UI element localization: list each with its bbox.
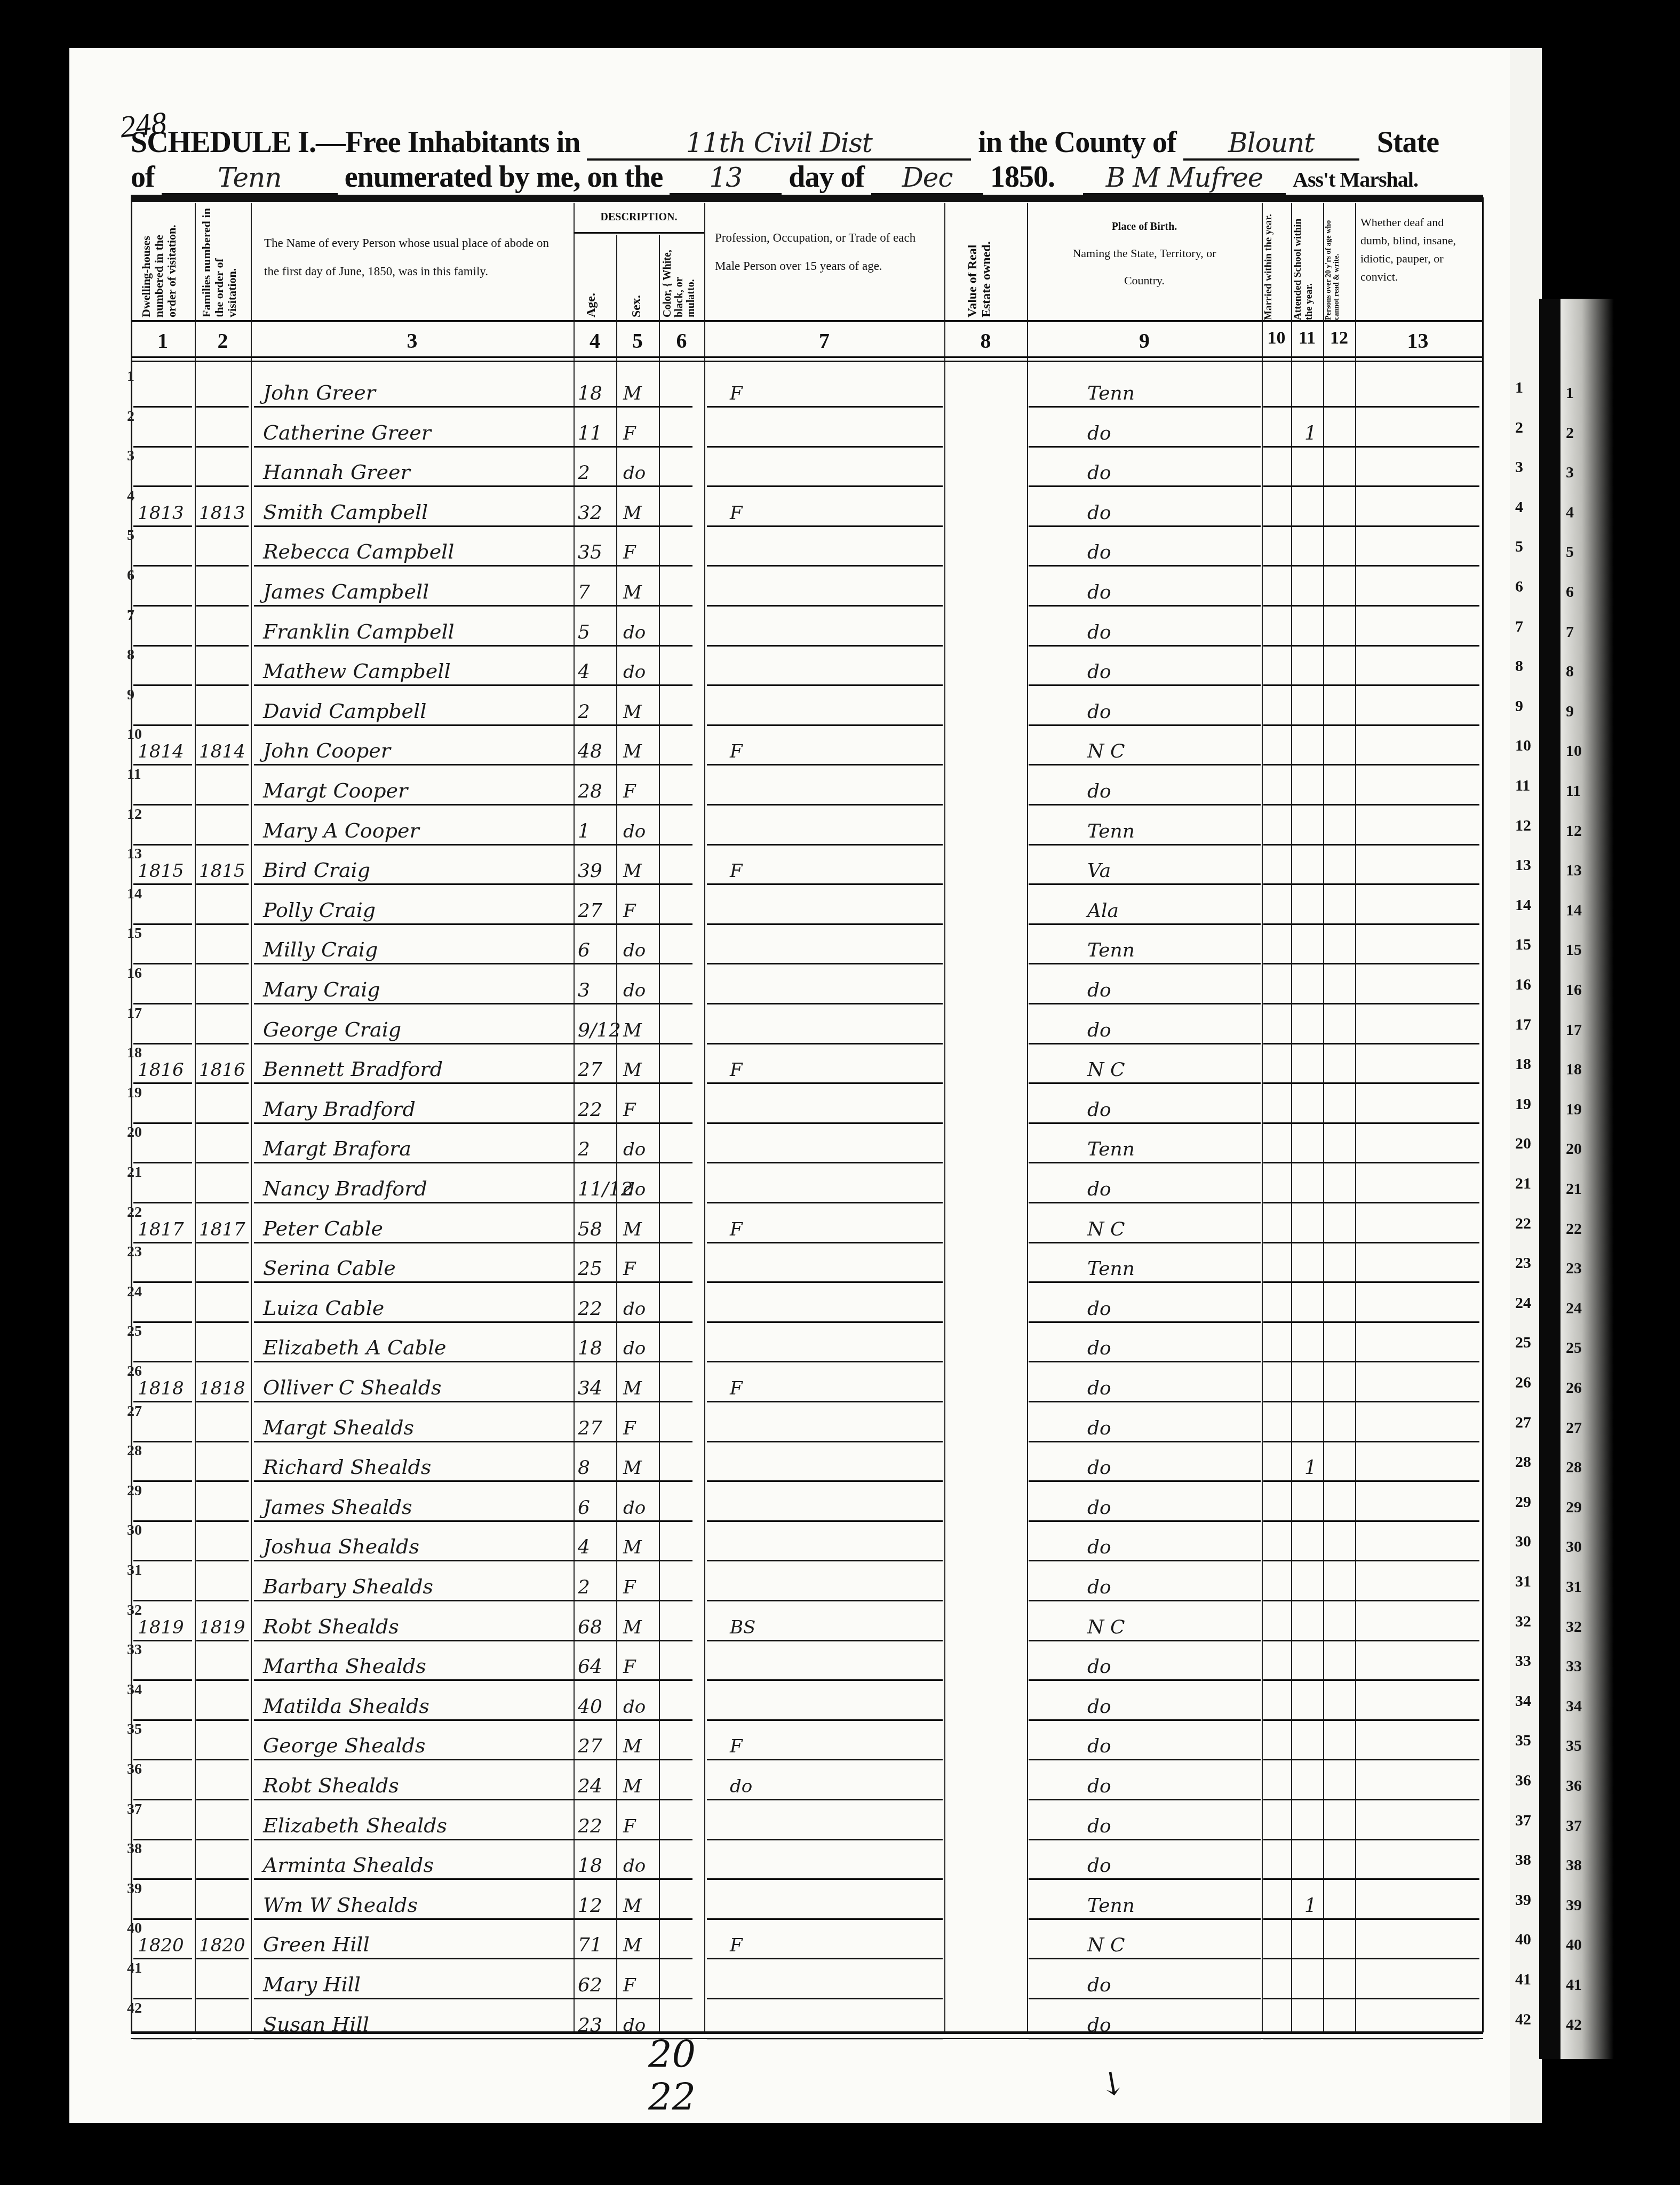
- row-underline: [254, 1958, 692, 1959]
- right-line-number: 30: [1515, 1533, 1531, 1551]
- row-underline: [1029, 1321, 1261, 1323]
- occupation-value: F: [730, 1059, 743, 1081]
- row-underline: [133, 1401, 192, 1402]
- row-underline: [1029, 1560, 1261, 1561]
- right-line-number: 20: [1515, 1135, 1531, 1153]
- row-underline: [707, 844, 943, 846]
- table-row: 34 Matilda Shealds 40 do do: [132, 1681, 1481, 1721]
- row-underline: [196, 1600, 249, 1601]
- right-line-number: 32: [1515, 1613, 1531, 1631]
- attended-school-mark: 1: [1304, 1895, 1317, 1917]
- row-underline: [1029, 485, 1261, 487]
- dwelling-number: 1813: [138, 503, 184, 524]
- row-underline: [254, 1878, 692, 1880]
- person-name: Elizabeth A Cable: [263, 1336, 447, 1359]
- right-line-number: 6: [1515, 578, 1523, 596]
- col13-header: Whether deaf and dumb, blind, insane, id…: [1360, 213, 1475, 286]
- right-line-number: 18: [1515, 1055, 1531, 1073]
- row-underline: [196, 446, 249, 448]
- adjacent-page-line-number: 28: [1566, 1458, 1582, 1477]
- row-underline: [1263, 1719, 1479, 1721]
- family-number: 1818: [199, 1378, 245, 1399]
- occupation-value: F: [730, 1935, 743, 1956]
- sex-value: do: [623, 622, 646, 643]
- age-value: 64: [578, 1656, 602, 1678]
- row-underline: [1029, 1640, 1261, 1641]
- sex-value: do: [623, 1179, 646, 1200]
- sex-value: M: [623, 1219, 642, 1240]
- right-line-number: 3: [1515, 458, 1523, 476]
- family-number: 1820: [199, 1935, 245, 1956]
- birthplace-value: do: [1087, 1815, 1111, 1837]
- row-underline: [1263, 1242, 1479, 1243]
- row-underline: [254, 1202, 692, 1203]
- sex-value: M: [623, 860, 642, 882]
- row-underline: [133, 1600, 192, 1601]
- birthplace-value: Tenn: [1087, 1258, 1135, 1280]
- county-field: Blount: [1183, 127, 1359, 161]
- row-underline: [133, 844, 192, 846]
- adjacent-page-line-number: 40: [1566, 1936, 1582, 1954]
- left-line-number: 42: [127, 2000, 142, 2017]
- adjacent-page-line-number: 32: [1566, 1618, 1582, 1636]
- table-row: 37 Elizabeth Shealds 22 F do: [132, 1801, 1481, 1840]
- age-value: 68: [578, 1616, 602, 1638]
- row-underline: [1263, 1162, 1479, 1163]
- table-row: 15 Milly Craig 6 do Tenn: [132, 925, 1481, 964]
- row-underline: [1263, 1560, 1479, 1561]
- row-underline: [1263, 605, 1479, 607]
- table-row: 9 David Campbell 2 M do: [132, 687, 1481, 726]
- row-underline: [196, 1480, 249, 1482]
- row-underline: [254, 1122, 692, 1124]
- adjacent-page-line-number: 18: [1566, 1060, 1582, 1079]
- row-underline: [1263, 1640, 1479, 1641]
- row-underline: [133, 1640, 192, 1641]
- person-name: Robt Shealds: [263, 1615, 399, 1638]
- row-underline: [196, 1998, 249, 1999]
- birthplace-value: do: [1087, 1377, 1111, 1399]
- table-row: 33 Martha Shealds 64 F do: [132, 1641, 1481, 1681]
- birthplace-value: N C: [1087, 740, 1125, 762]
- age-value: 27: [578, 900, 602, 922]
- occupation-value: F: [730, 383, 743, 404]
- row-underline: [707, 1242, 943, 1243]
- adjacent-page-line-number: 10: [1566, 742, 1582, 760]
- table-row: 26 1818 1818 Olliver C Shealds 34 M F do: [132, 1363, 1481, 1402]
- row-underline: [133, 406, 192, 408]
- row-underline: [254, 1839, 692, 1840]
- table-row: 27 Margt Shealds 27 F do: [132, 1403, 1481, 1442]
- person-name: Milly Craig: [263, 938, 378, 961]
- adjacent-page-line-number: 34: [1566, 1697, 1582, 1716]
- person-name: Margt Cooper: [263, 779, 408, 802]
- row-underline: [254, 1679, 692, 1681]
- row-underline: [1029, 724, 1261, 726]
- county-label: in the County of: [978, 126, 1176, 159]
- row-underline: [707, 1640, 943, 1641]
- person-name: Mathew Campbell: [263, 659, 451, 683]
- adjacent-page-line-number: 26: [1566, 1379, 1582, 1397]
- table-row: 21 Nancy Bradford 11/12 do do: [132, 1164, 1481, 1203]
- birthplace-value: Ala: [1087, 900, 1119, 922]
- birthplace-value: do: [1087, 1855, 1111, 1877]
- sex-value: F: [623, 1577, 636, 1598]
- row-underline: [1263, 485, 1479, 487]
- left-line-number: 30: [127, 1522, 142, 1539]
- row-underline: [196, 1958, 249, 1959]
- row-underline: [707, 1082, 943, 1084]
- row-underline: [254, 764, 692, 765]
- table-row: 32 1819 1819 Robt Shealds 68 M BS N C: [132, 1602, 1481, 1641]
- age-value: 4: [578, 661, 590, 683]
- left-line-number: 36: [127, 1761, 142, 1778]
- row-underline: [1029, 1122, 1261, 1124]
- adjacent-page-line-number: 30: [1566, 1538, 1582, 1556]
- age-value: 25: [578, 1258, 602, 1280]
- adjacent-page-line-number: 20: [1566, 1140, 1582, 1158]
- row-underline: [1029, 963, 1261, 964]
- person-name: Wm W Shealds: [263, 1893, 418, 1917]
- row-underline: [133, 1719, 192, 1721]
- adjacent-page-line-number: 27: [1566, 1419, 1582, 1437]
- of-label: of: [131, 161, 155, 194]
- row-underline: [1029, 1759, 1261, 1760]
- row-underline: [133, 1918, 192, 1920]
- right-line-number: 34: [1515, 1692, 1531, 1710]
- sex-value: M: [623, 1935, 642, 1956]
- age-value: 48: [578, 740, 602, 762]
- row-underline: [707, 1003, 943, 1004]
- row-underline: [196, 1441, 249, 1442]
- person-name: Serina Cable: [263, 1256, 396, 1280]
- row-underline: [1029, 1281, 1261, 1283]
- right-line-number: 4: [1515, 498, 1523, 516]
- person-name: Hannah Greer: [263, 460, 410, 484]
- left-line-number: 20: [127, 1124, 142, 1141]
- left-line-number: 16: [127, 965, 142, 982]
- row-underline: [707, 1122, 943, 1124]
- sex-value: M: [623, 1457, 642, 1479]
- right-line-number: 31: [1515, 1573, 1531, 1591]
- description-group-label: DESCRIPTION.: [574, 209, 704, 225]
- sex-value: do: [623, 661, 646, 683]
- row-underline: [196, 1162, 249, 1163]
- person-name: Margt Shealds: [263, 1416, 414, 1439]
- adjacent-page-line-number: 9: [1566, 703, 1574, 721]
- age-value: 18: [578, 1855, 602, 1877]
- row-underline: [1263, 406, 1479, 408]
- birthplace-value: do: [1087, 1735, 1111, 1757]
- right-line-number: 24: [1515, 1294, 1531, 1312]
- table-row: 22 1817 1817 Peter Cable 58 M F N C: [132, 1204, 1481, 1243]
- row-underline: [707, 1043, 943, 1044]
- left-line-number: 2: [127, 408, 134, 425]
- schedule-label: SCHEDULE I.—Free Inhabitants in: [131, 126, 580, 159]
- col9-header-sub: Naming the State, Territory, or Country.: [1054, 240, 1235, 294]
- table-row: 17 George Craig 9/12 M do: [132, 1005, 1481, 1044]
- table-row: 35 George Shealds 27 M F do: [132, 1721, 1481, 1760]
- family-number: 1814: [199, 741, 245, 762]
- person-name: Joshua Shealds: [263, 1535, 419, 1558]
- age-value: 8: [578, 1457, 590, 1479]
- row-underline: [1263, 1878, 1479, 1880]
- age-value: 27: [578, 1417, 602, 1439]
- left-line-number: 15: [127, 925, 142, 942]
- occupation-value: BS: [730, 1617, 755, 1638]
- sex-value: M: [623, 1776, 642, 1797]
- person-name: Margt Brafora: [263, 1137, 411, 1160]
- col-num: 3: [251, 328, 574, 353]
- sex-value: do: [623, 1855, 646, 1877]
- row-underline: [1263, 565, 1479, 567]
- person-name: David Campbell: [263, 699, 426, 723]
- birthplace-value: do: [1087, 1974, 1111, 1996]
- right-line-number: 1: [1515, 379, 1523, 397]
- birthplace-value: do: [1087, 1576, 1111, 1598]
- row-underline: [254, 883, 692, 885]
- row-underline: [707, 1600, 943, 1601]
- adjacent-page-line-number: 24: [1566, 1299, 1582, 1318]
- right-line-number: 14: [1515, 896, 1531, 914]
- left-line-number: 27: [127, 1403, 142, 1420]
- age-value: 24: [578, 1775, 602, 1797]
- row-underline: [1029, 565, 1261, 567]
- sex-value: M: [623, 503, 642, 524]
- birthplace-value: do: [1087, 1536, 1111, 1558]
- sex-value: M: [623, 1020, 642, 1041]
- adjacent-page-line-number: 6: [1566, 583, 1574, 601]
- adjacent-page-line-number: 13: [1566, 862, 1582, 880]
- left-line-number: 35: [127, 1721, 142, 1738]
- marshal-label: Ass't Marshal.: [1293, 168, 1418, 192]
- row-underline: [1029, 1799, 1261, 1800]
- row-underline: [1029, 1082, 1261, 1084]
- row-underline: [254, 963, 692, 964]
- header-line-2: of Tenn enumerated by me, on the 13 day …: [131, 160, 1418, 195]
- enumerated-label: enumerated by me, on the: [345, 161, 663, 194]
- family-number: 1819: [199, 1617, 245, 1638]
- sex-value: do: [623, 1696, 646, 1718]
- right-line-number: 9: [1515, 697, 1523, 715]
- adjacent-page-line-number: 4: [1566, 504, 1574, 522]
- left-line-number: 5: [127, 527, 134, 544]
- row-underline: [707, 684, 943, 686]
- adjacent-page-line-number: 11: [1566, 782, 1581, 800]
- age-value: 11: [578, 422, 602, 444]
- person-name: Richard Shealds: [263, 1455, 431, 1479]
- adjacent-page-line-number: 31: [1566, 1578, 1582, 1596]
- sex-value: M: [623, 582, 642, 603]
- adjacent-page-line-number: 41: [1566, 1976, 1582, 1994]
- table-row: 5 Rebecca Campbell 35 F do: [132, 527, 1481, 567]
- left-line-number: 25: [127, 1323, 142, 1340]
- table-row: 28 Richard Shealds 8 M do 1: [132, 1442, 1481, 1482]
- header-line-1: SCHEDULE I.—Free Inhabitants in 11th Civ…: [131, 125, 1439, 161]
- sex-value: do: [623, 980, 646, 1001]
- right-line-number: 41: [1515, 1971, 1531, 1989]
- table-row: 11 Margt Cooper 28 F do: [132, 766, 1481, 806]
- row-underline: [707, 1281, 943, 1283]
- birthplace-value: Va: [1087, 860, 1111, 882]
- row-underline: [1263, 1958, 1479, 1959]
- person-name: George Shealds: [263, 1734, 425, 1757]
- row-underline: [1029, 1361, 1261, 1362]
- birthplace-value: N C: [1087, 1059, 1125, 1081]
- row-underline: [254, 1242, 692, 1243]
- row-underline: [1029, 883, 1261, 885]
- col12-header: Persons over 20 y'rs of age who cannot r…: [1325, 205, 1354, 320]
- adjacent-page-line-number: 42: [1566, 2016, 1582, 2034]
- birthplace-value: do: [1087, 1178, 1111, 1200]
- left-line-number: 23: [127, 1243, 142, 1261]
- age-value: 22: [578, 1298, 602, 1320]
- table-row: 25 Elizabeth A Cable 18 do do: [132, 1323, 1481, 1362]
- left-line-number: 21: [127, 1164, 142, 1181]
- col-num: 2: [195, 328, 251, 353]
- right-line-number: 21: [1515, 1175, 1531, 1193]
- person-name: Smith Campbell: [263, 500, 428, 524]
- row-underline: [133, 1480, 192, 1482]
- table-row: 40 1820 1820 Green Hill 71 M F N C: [132, 1920, 1481, 1959]
- col1-header: Dwelling-houses numbered in the order of…: [140, 208, 190, 317]
- birthplace-value: do: [1087, 1775, 1111, 1797]
- dwelling-number: 1820: [138, 1935, 184, 1956]
- row-underline: [1029, 1679, 1261, 1681]
- right-line-number: 11: [1515, 777, 1530, 795]
- right-line-number: 13: [1515, 856, 1531, 874]
- sex-value: M: [623, 1059, 642, 1081]
- right-line-number: 10: [1515, 737, 1531, 755]
- row-underline: [707, 605, 943, 607]
- row-underline: [707, 804, 943, 806]
- row-underline: [707, 1878, 943, 1880]
- right-line-number: 37: [1515, 1812, 1531, 1830]
- person-name: Mary Bradford: [263, 1097, 416, 1121]
- row-underline: [196, 1759, 249, 1760]
- row-underline: [133, 1878, 192, 1880]
- day-field: 13: [670, 162, 782, 195]
- row-underline: [707, 446, 943, 448]
- adjacent-page-line-number: 23: [1566, 1259, 1582, 1278]
- table-bottom-rule: [131, 2031, 1483, 2034]
- person-name: Nancy Bradford: [263, 1177, 427, 1200]
- age-value: 9/12: [578, 1019, 621, 1041]
- col-num: 12: [1323, 328, 1355, 348]
- row-underline: [1263, 724, 1479, 726]
- col10-header: Married within the year.: [1263, 205, 1290, 320]
- row-underline: [196, 485, 249, 487]
- row-underline: [1263, 1321, 1479, 1323]
- adjacent-page-line-number: 17: [1566, 1021, 1582, 1039]
- birthplace-value: do: [1087, 502, 1111, 524]
- person-name: Bennett Bradford: [263, 1057, 443, 1081]
- birthplace-value: do: [1087, 1656, 1111, 1678]
- row-underline: [196, 764, 249, 765]
- table-row: 23 Serina Cable 25 F Tenn: [132, 1243, 1481, 1283]
- row-underline: [133, 1799, 192, 1800]
- row-underline: [254, 1918, 692, 1920]
- table-row: 41 Mary Hill 62 F do: [132, 1960, 1481, 1999]
- table-row: 16 Mary Craig 3 do do: [132, 965, 1481, 1004]
- right-line-number: 26: [1515, 1374, 1531, 1392]
- left-line-number: 4: [127, 488, 134, 505]
- row-underline: [1263, 844, 1479, 846]
- row-underline: [1263, 1520, 1479, 1522]
- family-number: 1815: [199, 860, 245, 882]
- right-line-number: 5: [1515, 538, 1523, 556]
- birthplace-value: do: [1087, 422, 1111, 444]
- right-line-number: 19: [1515, 1095, 1531, 1113]
- table-bottom-rule-2: [131, 2038, 1483, 2039]
- age-value: 5: [578, 621, 590, 643]
- row-underline: [196, 565, 249, 567]
- header-rule: [131, 320, 1483, 322]
- row-underline: [1029, 764, 1261, 765]
- col-num: 10: [1262, 328, 1291, 348]
- sex-value: do: [623, 821, 646, 842]
- sex-value: do: [623, 1338, 646, 1359]
- col7-header: Profession, Occupation, or Trade of each…: [715, 224, 939, 281]
- row-underline: [1029, 1043, 1261, 1044]
- right-line-number: 16: [1515, 976, 1531, 994]
- row-underline: [1263, 923, 1479, 925]
- row-underline: [196, 525, 249, 527]
- row-underline: [196, 1560, 249, 1561]
- row-underline: [1263, 684, 1479, 686]
- table-row: 38 Arminta Shealds 18 do do: [132, 1840, 1481, 1880]
- person-name: Barbary Shealds: [263, 1575, 433, 1598]
- left-line-number: 14: [127, 886, 142, 903]
- table-row: 3 Hannah Greer 2 do do: [132, 448, 1481, 487]
- age-value: 22: [578, 1815, 602, 1837]
- person-name: Martha Shealds: [263, 1654, 426, 1678]
- row-underline: [1263, 1361, 1479, 1362]
- col-num: 11: [1291, 328, 1323, 348]
- occupation-value: F: [730, 1378, 743, 1399]
- row-underline: [707, 1998, 943, 1999]
- right-line-number: 39: [1515, 1891, 1531, 1909]
- adjacent-page-line-number: 7: [1566, 623, 1574, 641]
- left-line-number: 31: [127, 1562, 142, 1579]
- row-underline: [1263, 1441, 1479, 1442]
- family-number: 1816: [199, 1059, 245, 1081]
- adjacent-page-line-number: 16: [1566, 981, 1582, 999]
- row-underline: [196, 1321, 249, 1323]
- row-underline: [254, 1520, 692, 1522]
- age-value: 1: [578, 820, 590, 842]
- row-underline: [133, 1560, 192, 1561]
- right-line-number: 8: [1515, 657, 1523, 675]
- row-underline: [707, 1441, 943, 1442]
- sex-value: do: [623, 1497, 646, 1519]
- day-of-label: day of: [789, 161, 864, 194]
- table-row: 14 Polly Craig 27 F Ala: [132, 886, 1481, 925]
- table-row: 29 James Shealds 6 do do: [132, 1482, 1481, 1522]
- row-underline: [196, 963, 249, 964]
- row-underline: [196, 923, 249, 925]
- left-line-number: 7: [127, 607, 134, 624]
- row-underline: [1029, 1520, 1261, 1522]
- adjacent-page-line-number: 3: [1566, 464, 1574, 482]
- adjacent-page-line-number: 15: [1566, 941, 1582, 959]
- row-underline: [1029, 406, 1261, 408]
- row-underline: [1263, 1799, 1479, 1800]
- age-value: 2: [578, 701, 590, 723]
- left-line-number: 41: [127, 1960, 142, 1977]
- table-row: 39 Wm W Shealds 12 M Tenn 1: [132, 1880, 1481, 1920]
- adjacent-page-line-number: 38: [1566, 1856, 1582, 1875]
